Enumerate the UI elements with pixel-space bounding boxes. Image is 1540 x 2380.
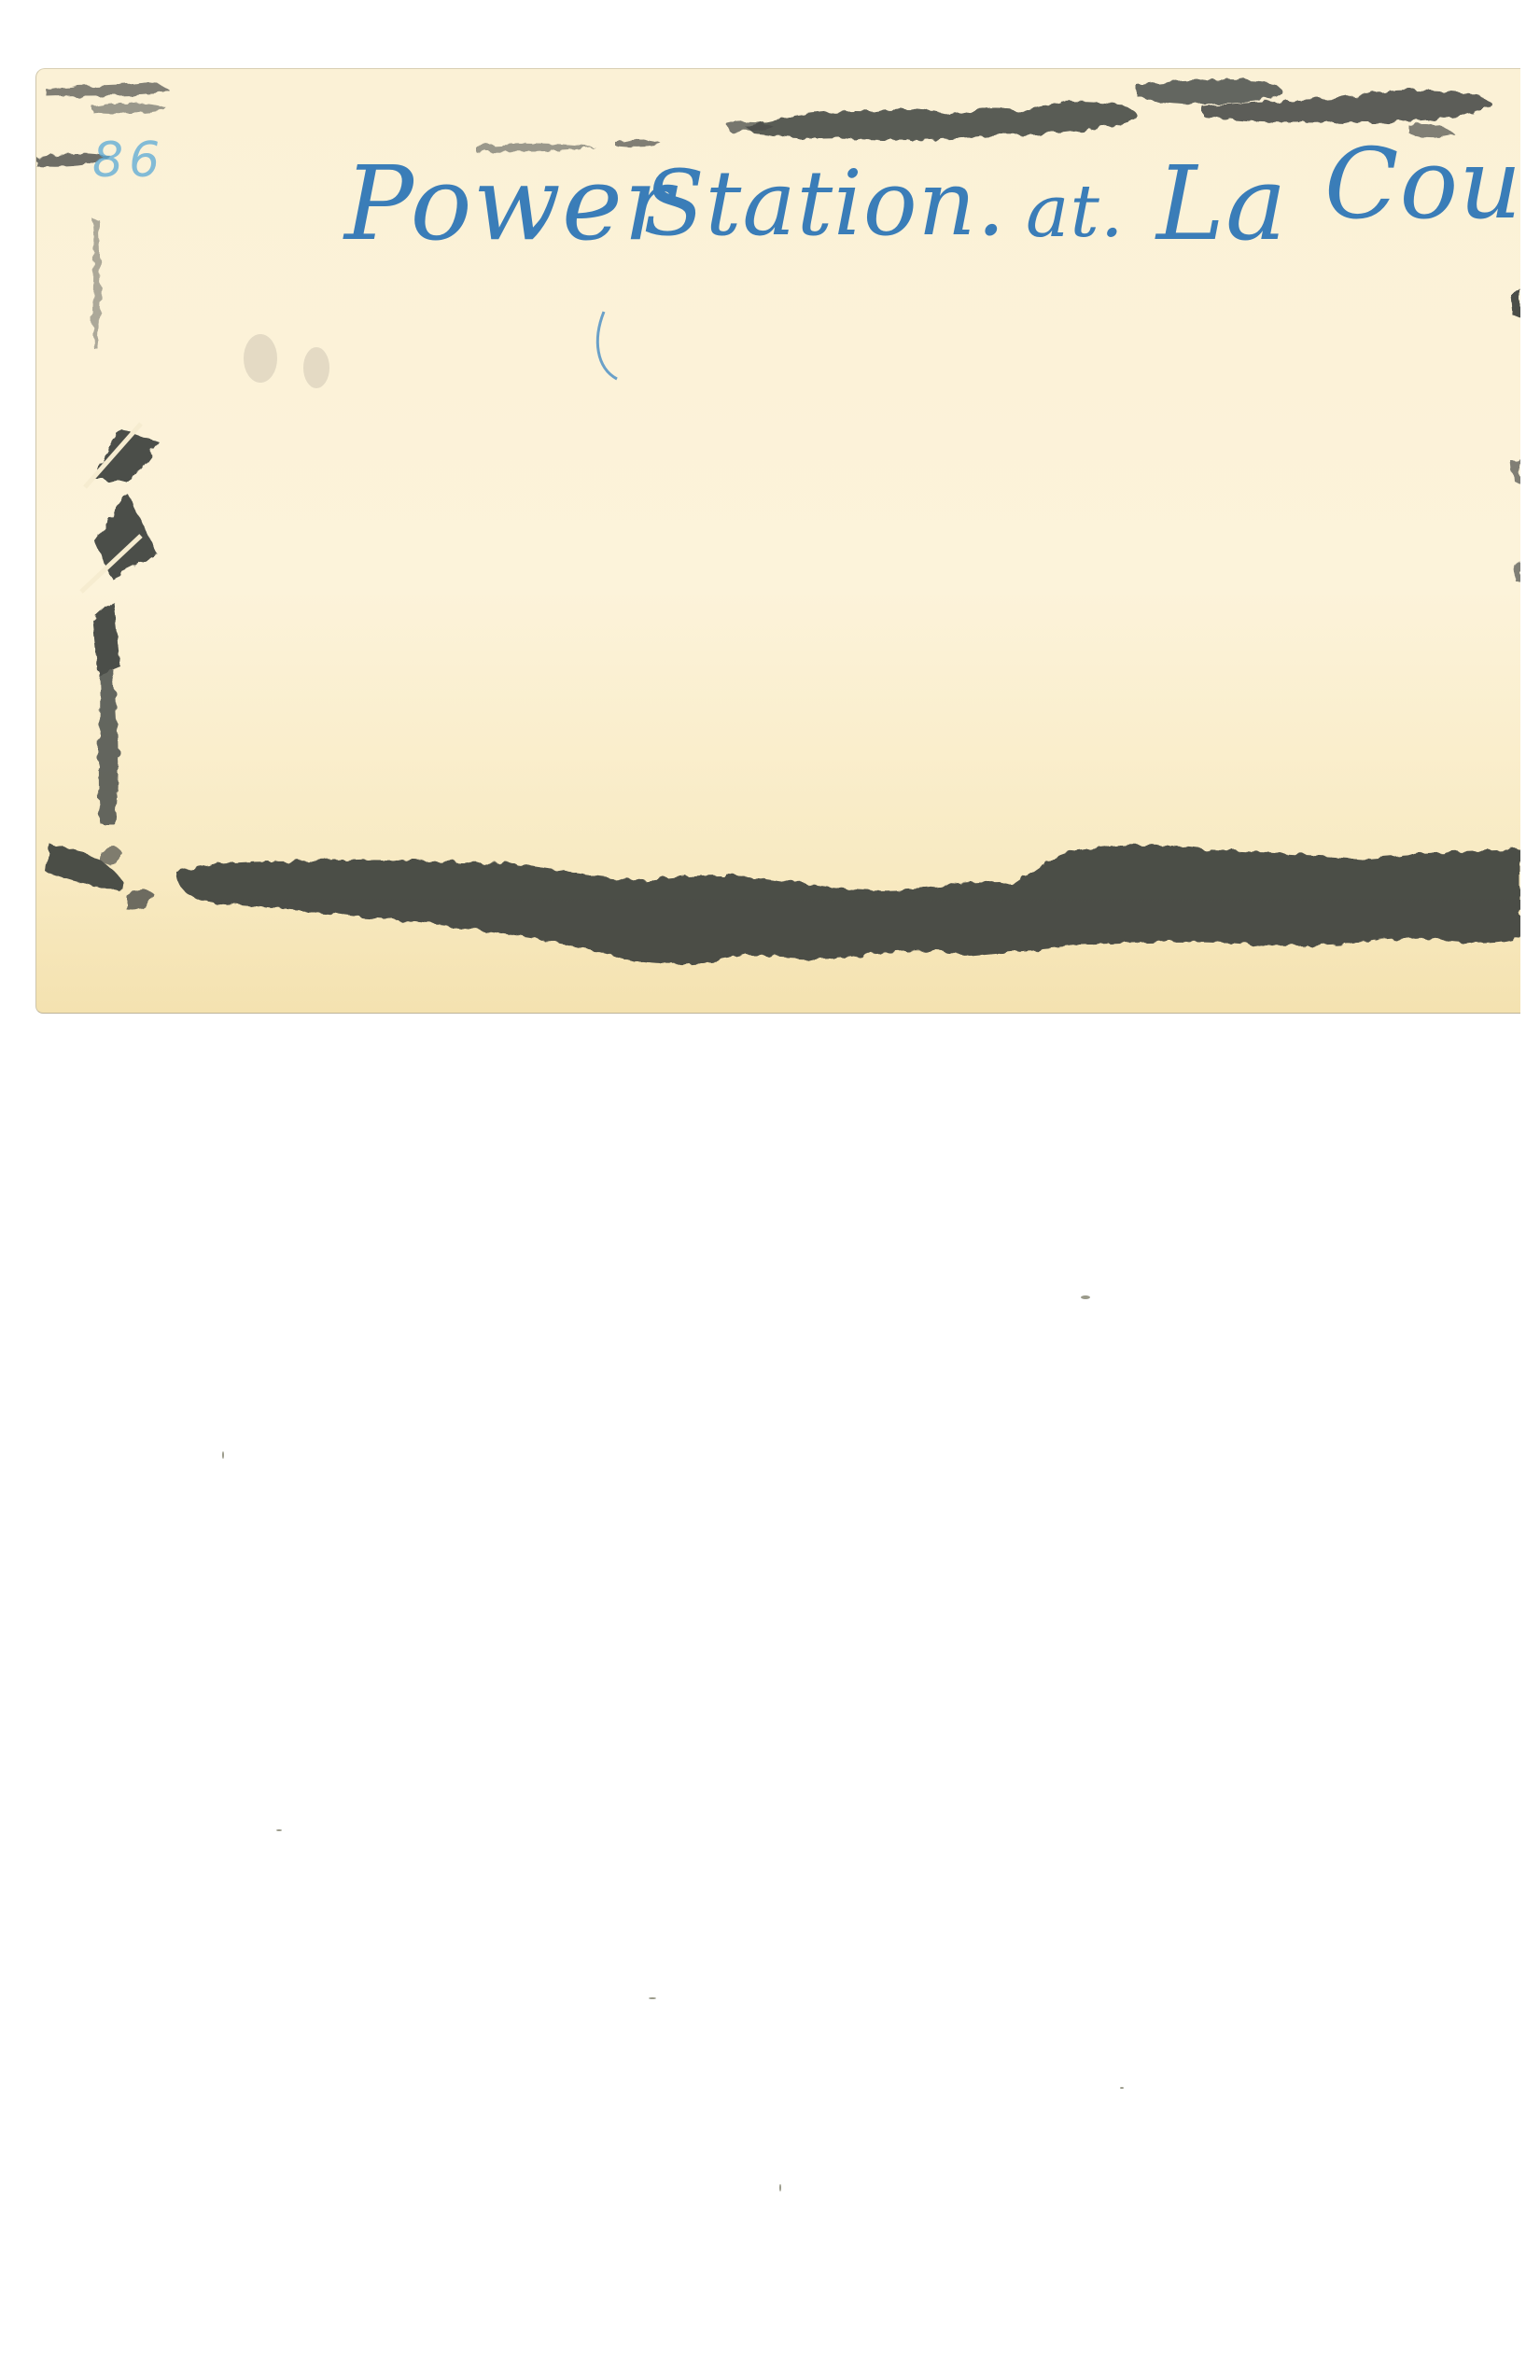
scan-speck [276,1829,282,1831]
ink-bracket-stroke [36,69,1520,1013]
scan-speck [222,1451,224,1459]
scan-speck [649,1997,656,1999]
scan-speck [1081,1295,1090,1299]
scan-speck [779,2184,781,2191]
photo-card-back: 86 Power Station. at. La Coulo [35,68,1520,1014]
scan-speck [1120,2087,1124,2089]
